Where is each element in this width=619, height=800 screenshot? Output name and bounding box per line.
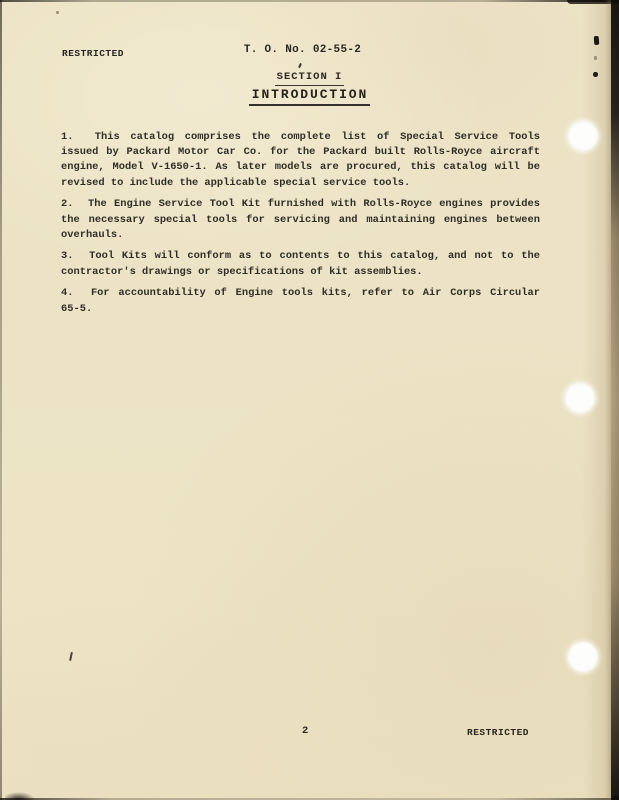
binding-mark: [593, 72, 598, 78]
paper-speck: [56, 11, 59, 14]
paragraph-line: the necessary special tools for servicin…: [61, 213, 540, 228]
paragraph-line: 3. Tool Kits will conform as to contents…: [61, 249, 540, 264]
pen-slash-mark: [69, 652, 73, 661]
doc-number: T. O. No. 02-55-2: [0, 44, 605, 56]
scanned-document-page: RESTRICTED T. O. No. 02-55-2 SECTION I I…: [0, 0, 619, 800]
paragraph-line: issued by Packard Motor Car Co. for the …: [61, 145, 540, 160]
footer-classification: RESTRICTED: [467, 727, 529, 738]
paragraph-line: 2. The Engine Service Tool Kit furnished…: [61, 197, 540, 212]
page-title-row: INTRODUCTION: [0, 85, 619, 106]
page-number: 2: [302, 725, 308, 737]
punch-hole: [568, 642, 598, 672]
paragraph: 2. The Engine Service Tool Kit furnished…: [61, 197, 540, 243]
paragraph: 4. For accountability of Engine tools ki…: [61, 286, 540, 316]
page-title: INTRODUCTION: [249, 87, 370, 106]
paragraph-line: 1. This catalog comprises the complete l…: [61, 130, 540, 145]
section-heading-row: SECTION I: [0, 66, 619, 86]
binding-mark: [594, 36, 599, 45]
paragraph: 1. This catalog comprises the complete l…: [61, 130, 540, 191]
paragraph-line: contractor's drawings or specifications …: [61, 265, 540, 280]
binding-speck: [594, 56, 597, 60]
paragraph-line: engine, Model V-1650-1. As later models …: [61, 160, 540, 175]
paragraph-line: 4. For accountability of Engine tools ki…: [61, 286, 540, 301]
paragraph: 3. Tool Kits will conform as to contents…: [61, 249, 540, 279]
punch-hole: [568, 121, 598, 151]
scan-edge-top: [0, 0, 619, 2]
scan-edge-left: [0, 0, 2, 800]
paragraph-line: overhauls.: [61, 228, 540, 243]
paragraph-line: revised to include the applicable specia…: [61, 176, 540, 191]
scan-edge-right: [611, 0, 619, 800]
paragraph-line: 65-5.: [61, 302, 540, 317]
section-heading: SECTION I: [275, 71, 345, 86]
body-paragraphs: 1. This catalog comprises the complete l…: [61, 130, 540, 323]
punch-hole: [565, 383, 595, 413]
